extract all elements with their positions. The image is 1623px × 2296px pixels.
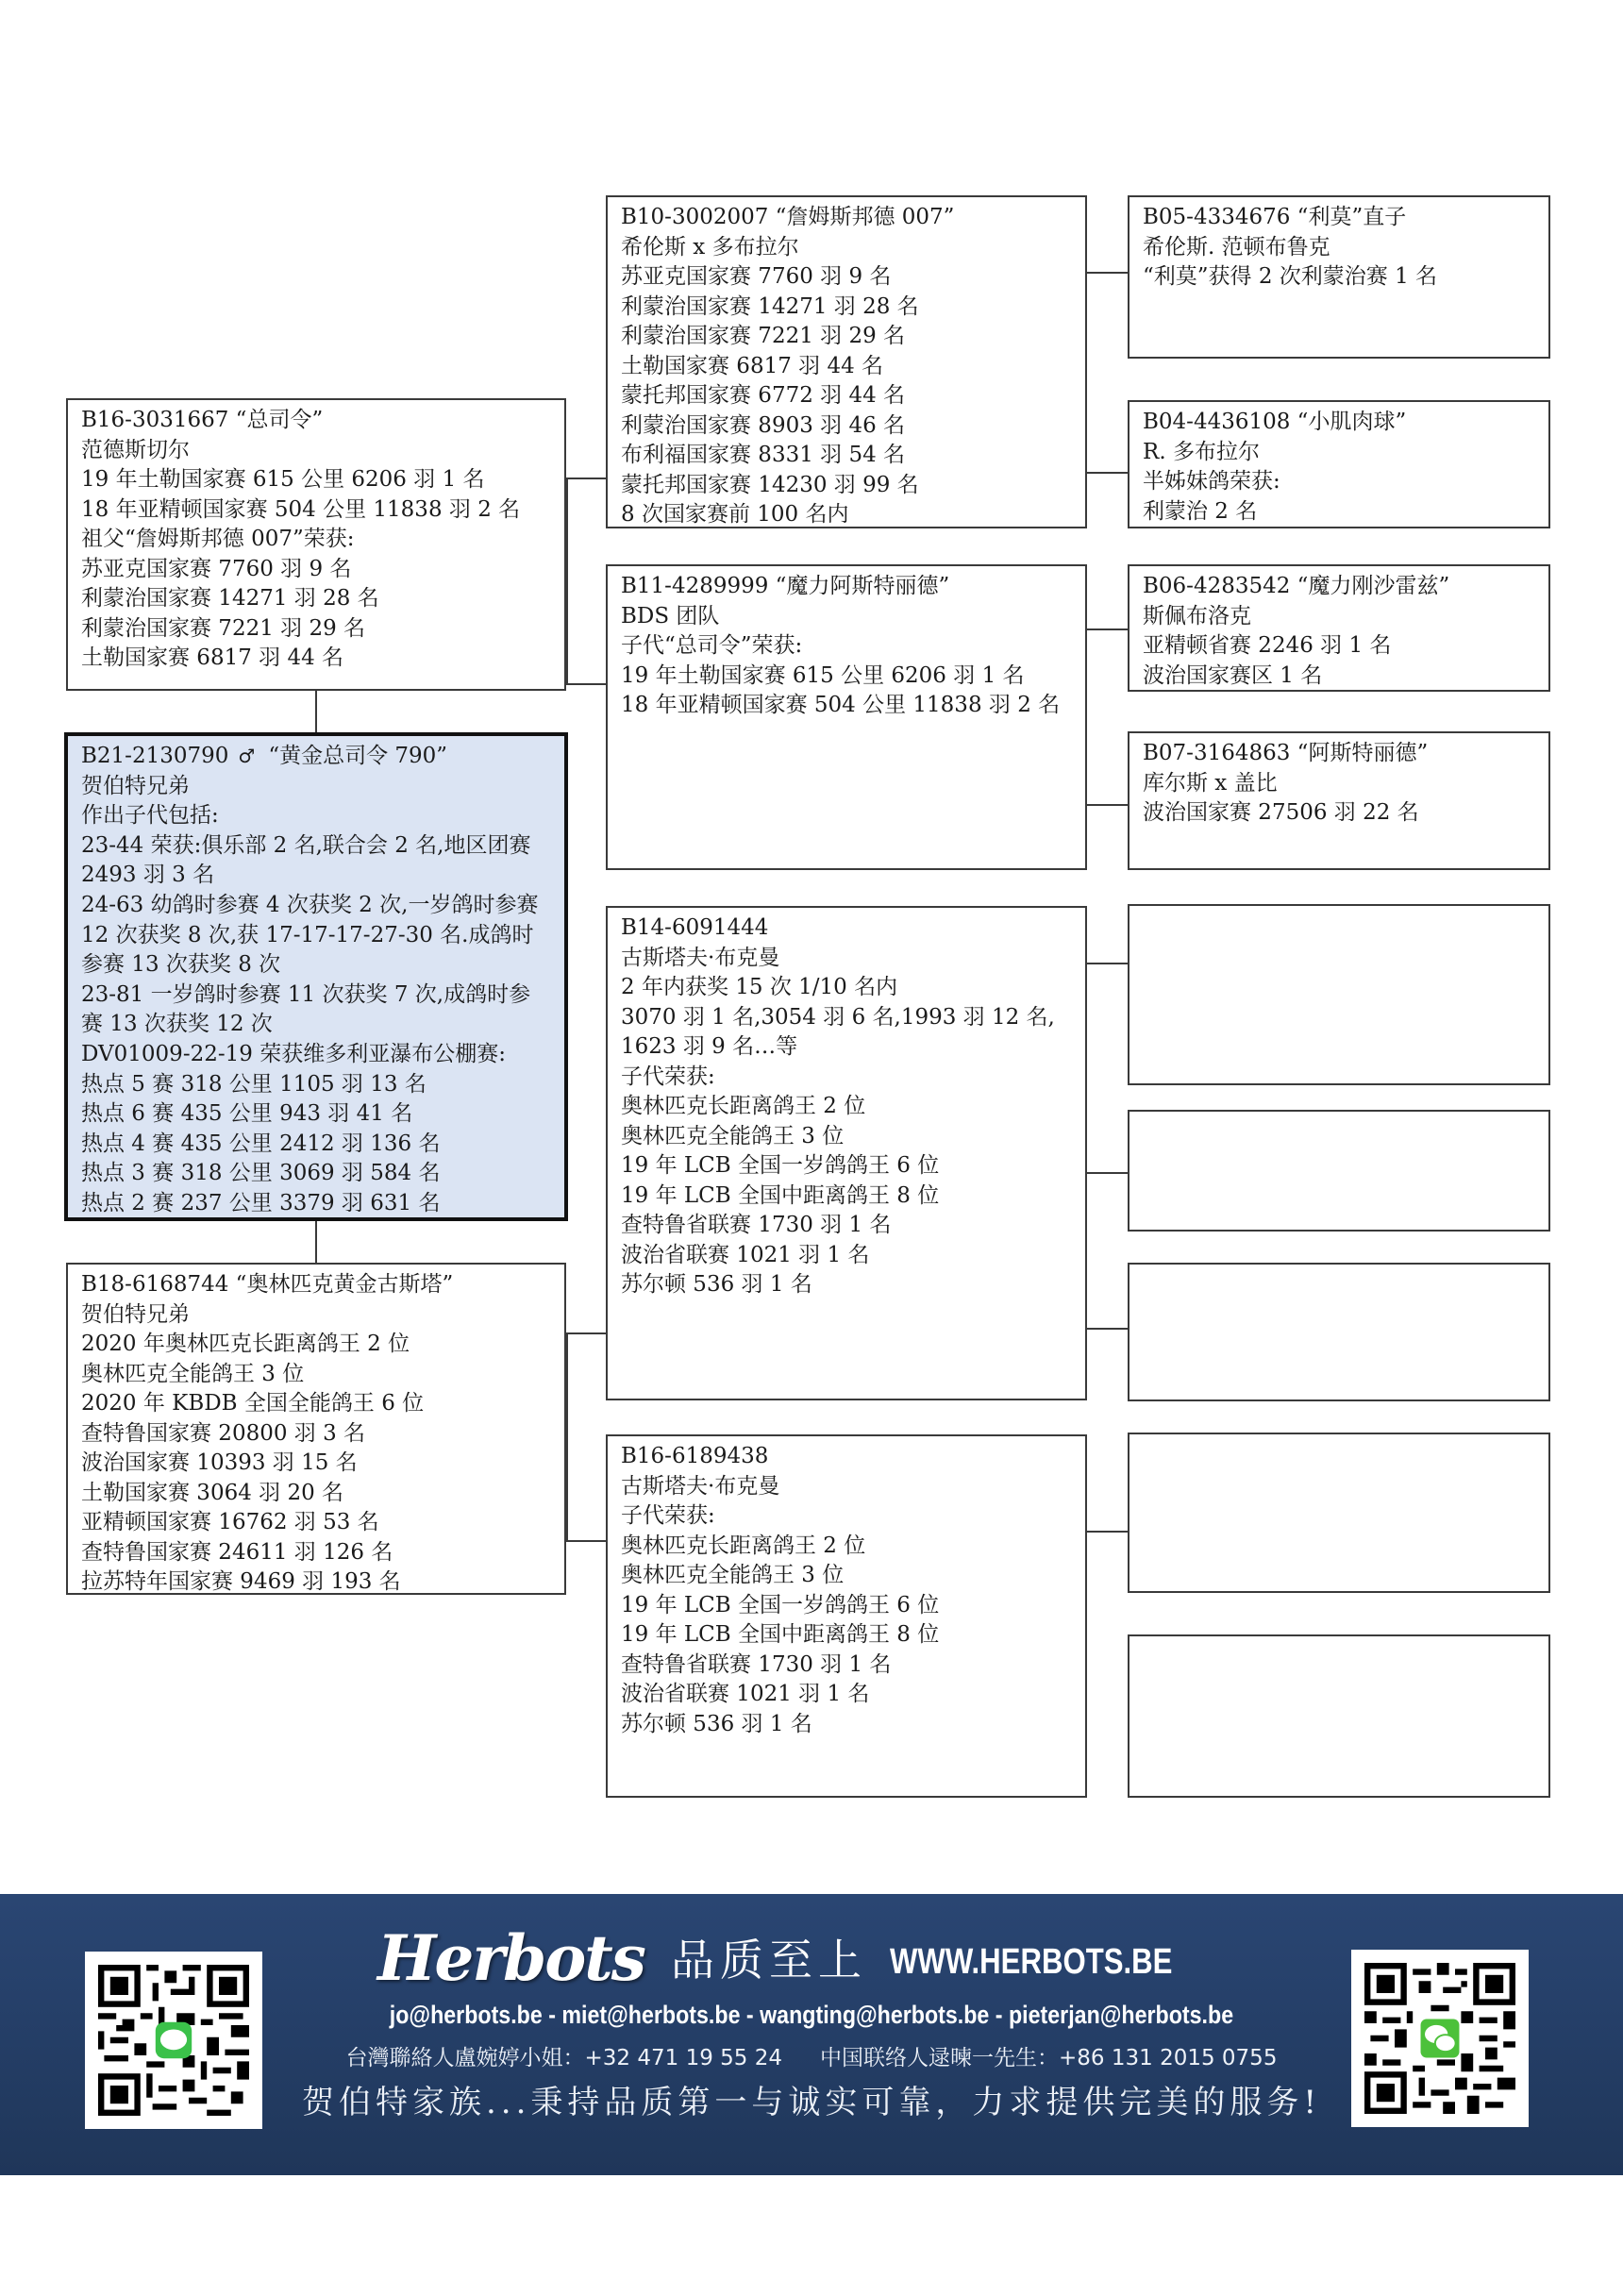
- card-line: 热点 4 赛 435 公里 2412 羽 136 名: [81, 1130, 551, 1160]
- card-line: 利蒙治国家赛 8903 羽 46 名: [621, 411, 1072, 442]
- taiwan-contact: 台灣聯絡人盧婉婷小姐：+32 471 19 55 24: [346, 2046, 782, 2070]
- card-line: 19 年 LCB 全国中距离鸽王 8 位: [621, 1620, 1072, 1651]
- pigeon-name: “黄金总司令 790”: [268, 744, 447, 768]
- card-line: 库尔斯 x 盖比: [1143, 769, 1535, 799]
- card-line: 古斯塔夫·布克曼: [621, 944, 1072, 974]
- card-line: 查特鲁省联赛 1730 羽 1 名: [621, 1211, 1072, 1241]
- card-line: 奥林匹克长距离鸽王 2 位: [621, 1532, 1072, 1562]
- card-line: DV01009-22-19 荣获维多利亚瀑布公棚赛:: [81, 1040, 551, 1070]
- pedigree-card-dam-dam: B16-6189438 古斯塔夫·布克曼 子代荣获: 奥林匹克长距离鸽王 2 位…: [606, 1434, 1087, 1798]
- card-line: 23-81 一岁鸽时参赛 11 次获奖 7 次,成鸽时参赛 13 次获奖 12 …: [81, 980, 551, 1040]
- card-line: 查特鲁国家赛 20800 羽 3 名: [81, 1419, 551, 1450]
- card-line: 亚精顿国家赛 16762 羽 53 名: [81, 1508, 551, 1538]
- card-line: 3070 羽 1 名,3054 羽 6 名,1993 羽 12 名,: [621, 1003, 1072, 1033]
- card-line: 贺伯特兄弟: [81, 1300, 551, 1331]
- card-line: “利莫”获得 2 次利蒙治赛 1 名: [1143, 262, 1535, 293]
- card-line: 1623 羽 9 名…等: [621, 1032, 1072, 1063]
- card-line: R. 多布拉尔: [1143, 438, 1535, 468]
- card-line: 利蒙治国家赛 14271 羽 28 名: [621, 293, 1072, 323]
- connector: [1087, 963, 1128, 964]
- card-line: 2020 年 KBDB 全国全能鸽王 6 位: [81, 1389, 551, 1419]
- qr-pattern-icon: [1364, 1963, 1515, 2114]
- card-line: 土勒国家赛 6817 羽 44 名: [81, 644, 551, 674]
- card-title: B21-2130790♂“黄金总司令 790”: [81, 742, 551, 772]
- card-title: B06-4283542 “魔力刚沙雷兹”: [1143, 572, 1535, 602]
- card-line: 2 年内获奖 15 次 1/10 名内: [621, 973, 1072, 1003]
- card-title: B18-6168744 “奥林匹克黄金古斯塔”: [81, 1270, 551, 1300]
- card-line: 半姊妹鸽荣获:: [1143, 467, 1535, 497]
- pedigree-card-gen3-8-empty: [1128, 1433, 1550, 1593]
- card-title: B04-4436108 “小肌肉球”: [1143, 408, 1535, 438]
- card-line: 子代荣获:: [621, 1501, 1072, 1532]
- pedigree-card-gen3-2: B04-4436108 “小肌肉球” R. 多布拉尔 半姊妹鸽荣获: 利蒙治 2…: [1128, 400, 1550, 528]
- brand-header: Herbots 品质至上 WWW.HERBOTS.BE: [377, 1925, 1234, 1991]
- slogan: 品质至上: [671, 1929, 867, 1991]
- card-line: 波治省联赛 1021 羽 1 名: [621, 1680, 1072, 1710]
- card-line: 蒙托邦国家赛 14230 羽 99 名: [621, 471, 1072, 501]
- card-line: 利蒙治 2 名: [1143, 497, 1535, 528]
- connector: [1087, 1172, 1128, 1174]
- connector: [1087, 472, 1128, 474]
- pedigree-card-sire: B16-3031667 “总司令” 范德斯切尔 19 年土勒国家赛 615 公里…: [66, 398, 566, 691]
- card-line: 热点 6 赛 435 公里 943 羽 41 名: [81, 1099, 551, 1130]
- card-line: 苏亚克国家赛 7760 羽 9 名: [621, 262, 1072, 293]
- card-line: 奥林匹克全能鸽王 3 位: [621, 1122, 1072, 1152]
- card-line: 24-63 幼鸽时参赛 4 次获奖 2 次,一岁鸽时参赛 12 次获奖 8 次,…: [81, 891, 551, 980]
- card-line: 苏亚克国家赛 7760 羽 9 名: [81, 555, 551, 585]
- card-line: 范德斯切尔: [81, 436, 551, 466]
- card-title: B10-3002007 “詹姆斯邦德 007”: [621, 203, 1072, 233]
- card-line: 拉苏特年国家赛 9469 羽 193 名: [81, 1567, 551, 1595]
- card-line: 23-44 荣获:俱乐部 2 名,联合会 2 名,地区团赛 2493 羽 3 名: [81, 831, 551, 891]
- connector: [1087, 272, 1128, 274]
- card-line: 布利福国家赛 8331 羽 54 名: [621, 441, 1072, 471]
- connector: [1087, 628, 1128, 630]
- card-line: 土勒国家赛 3064 羽 20 名: [81, 1479, 551, 1509]
- card-line: 19 年 LCB 全国一岁鸽鸽王 6 位: [621, 1591, 1072, 1621]
- card-line: 利蒙治国家赛 7221 羽 29 名: [621, 322, 1072, 352]
- pedigree-card-dam: B18-6168744 “奥林匹克黄金古斯塔” 贺伯特兄弟 2020 年奥林匹克…: [66, 1263, 566, 1595]
- card-line: 利蒙治国家赛 7221 羽 29 名: [81, 614, 551, 645]
- card-line: 热点 2 赛 237 公里 3379 羽 631 名: [81, 1189, 551, 1219]
- card-line: 亚精顿省赛 2246 羽 1 名: [1143, 631, 1535, 662]
- card-line: BDS 团队: [621, 602, 1072, 632]
- pedigree-card-sire-dam: B11-4289999 “魔力阿斯特丽德” BDS 团队 子代“总司令”荣获: …: [606, 564, 1087, 870]
- connector: [1087, 804, 1128, 806]
- card-line: 希伦斯. 范顿布鲁克: [1143, 233, 1535, 263]
- card-line: 土勒国家赛 6817 羽 44 名: [621, 352, 1072, 382]
- connector: [315, 1219, 317, 1263]
- card-line: 波治国家赛 10393 羽 15 名: [81, 1449, 551, 1479]
- card-title: B11-4289999 “魔力阿斯特丽德”: [621, 572, 1072, 602]
- card-line: 希伦斯 x 多布拉尔: [621, 233, 1072, 263]
- connector: [1087, 1531, 1128, 1533]
- card-line: 查特鲁国家赛 24611 羽 126 名: [81, 1538, 551, 1568]
- pedigree-card-subject: B21-2130790♂“黄金总司令 790” 贺伯特兄弟 作出子代包括: 23…: [64, 732, 568, 1221]
- connector: [566, 1540, 606, 1542]
- card-line: 18 年亚精顿国家赛 504 公里 11838 羽 2 名: [621, 691, 1072, 721]
- card-line: 热点 5 赛 318 公里 1105 羽 13 名: [81, 1070, 551, 1100]
- connector: [566, 1332, 568, 1542]
- china-contact: 中国联络人逯暕一先生：+86 131 2015 0755: [820, 2046, 1277, 2070]
- pedigree-card-gen3-4: B07-3164863 “阿斯特丽德” 库尔斯 x 盖比 波治国家赛 27506…: [1128, 731, 1550, 870]
- card-line: 19 年土勒国家赛 615 公里 6206 羽 1 名: [621, 662, 1072, 692]
- card-line: 奥林匹克全能鸽王 3 位: [621, 1561, 1072, 1591]
- card-line: 祖父“詹姆斯邦德 007”荣获:: [81, 525, 551, 555]
- pedigree-card-gen3-5-empty: [1128, 904, 1550, 1085]
- card-line: 19 年 LCB 全国一岁鸽鸽王 6 位: [621, 1151, 1072, 1182]
- card-line: 斯佩布洛克: [1143, 602, 1535, 632]
- card-line: 子代荣获:: [621, 1063, 1072, 1093]
- card-line: 苏尔顿 536 羽 1 名: [621, 1710, 1072, 1740]
- card-line: 19 年 LCB 全国中距离鸽王 8 位: [621, 1182, 1072, 1212]
- connector: [566, 1332, 606, 1334]
- card-line: 2020 年奥林匹克长距离鸽王 2 位: [81, 1330, 551, 1360]
- pedigree-card-gen3-7-empty: [1128, 1263, 1550, 1401]
- card-line: 蒙托邦国家赛 6772 羽 44 名: [621, 381, 1072, 411]
- card-line: 苏尔顿 536 羽 1 名: [621, 1270, 1072, 1300]
- email-links[interactable]: jo@herbots.be - miet@herbots.be - wangti…: [390, 2001, 1233, 2030]
- card-line: 作出子代包括:: [81, 801, 551, 831]
- pedigree-card-gen3-6-empty: [1128, 1110, 1550, 1232]
- connector: [566, 478, 568, 685]
- connector: [566, 478, 606, 479]
- connector: [1087, 1328, 1128, 1330]
- male-symbol-icon: ♂: [238, 745, 255, 767]
- card-line: 热点 3 赛 318 公里 3069 羽 584 名: [81, 1159, 551, 1189]
- herbots-logo: Herbots: [377, 1925, 644, 1991]
- card-line: 奥林匹克全能鸽王 3 位: [81, 1360, 551, 1390]
- card-title: B05-4334676 “利莫”直子: [1143, 203, 1535, 233]
- pedigree-card-gen3-1: B05-4334676 “利莫”直子 希伦斯. 范顿布鲁克 “利莫”获得 2 次…: [1128, 195, 1550, 359]
- card-line: 19 年土勒国家赛 615 公里 6206 羽 1 名: [81, 465, 551, 495]
- card-line: 贺伯特兄弟: [81, 772, 551, 802]
- card-title: B16-3031667 “总司令”: [81, 406, 551, 436]
- card-title: B16-6189438: [621, 1442, 1072, 1472]
- wechat-qr-code[interactable]: [1351, 1950, 1529, 2127]
- card-line: 18 年亚精顿国家赛 504 公里 11838 羽 2 名: [81, 495, 551, 526]
- card-line: 利蒙治国家赛 14271 羽 28 名: [81, 584, 551, 614]
- card-line: 查特鲁省联赛 1730 羽 1 名: [621, 1651, 1072, 1681]
- ring-number: B21-2130790: [81, 744, 228, 768]
- pedigree-card-gen3-3: B06-4283542 “魔力刚沙雷兹” 斯佩布洛克 亚精顿省赛 2246 羽 …: [1128, 564, 1550, 692]
- card-line: 古斯塔夫·布克曼: [621, 1472, 1072, 1502]
- card-line: 8 次国家赛前 100 名内: [621, 500, 1072, 528]
- card-line: 奥林匹克长距离鸽王 2 位: [621, 1092, 1072, 1122]
- card-title: B07-3164863 “阿斯特丽德”: [1143, 739, 1535, 769]
- card-line: 波治国家赛区 1 名: [1143, 662, 1535, 692]
- website-link[interactable]: WWW.HERBOTS.BE: [890, 1933, 1172, 1991]
- card-title: B14-6091444: [621, 913, 1072, 944]
- card-line: 子代“总司令”荣获:: [621, 631, 1072, 662]
- card-line: 波治国家赛 27506 羽 22 名: [1143, 798, 1535, 829]
- pedigree-card-gen3-9-empty: [1128, 1634, 1550, 1798]
- card-line: 波治省联赛 1021 羽 1 名: [621, 1241, 1072, 1271]
- pedigree-card-dam-sire: B14-6091444 古斯塔夫·布克曼 2 年内获奖 15 次 1/10 名内…: [606, 906, 1087, 1400]
- connector: [566, 683, 606, 685]
- pedigree-card-sire-sire: B10-3002007 “詹姆斯邦德 007” 希伦斯 x 多布拉尔 苏亚克国家…: [606, 195, 1087, 528]
- connector: [315, 691, 317, 734]
